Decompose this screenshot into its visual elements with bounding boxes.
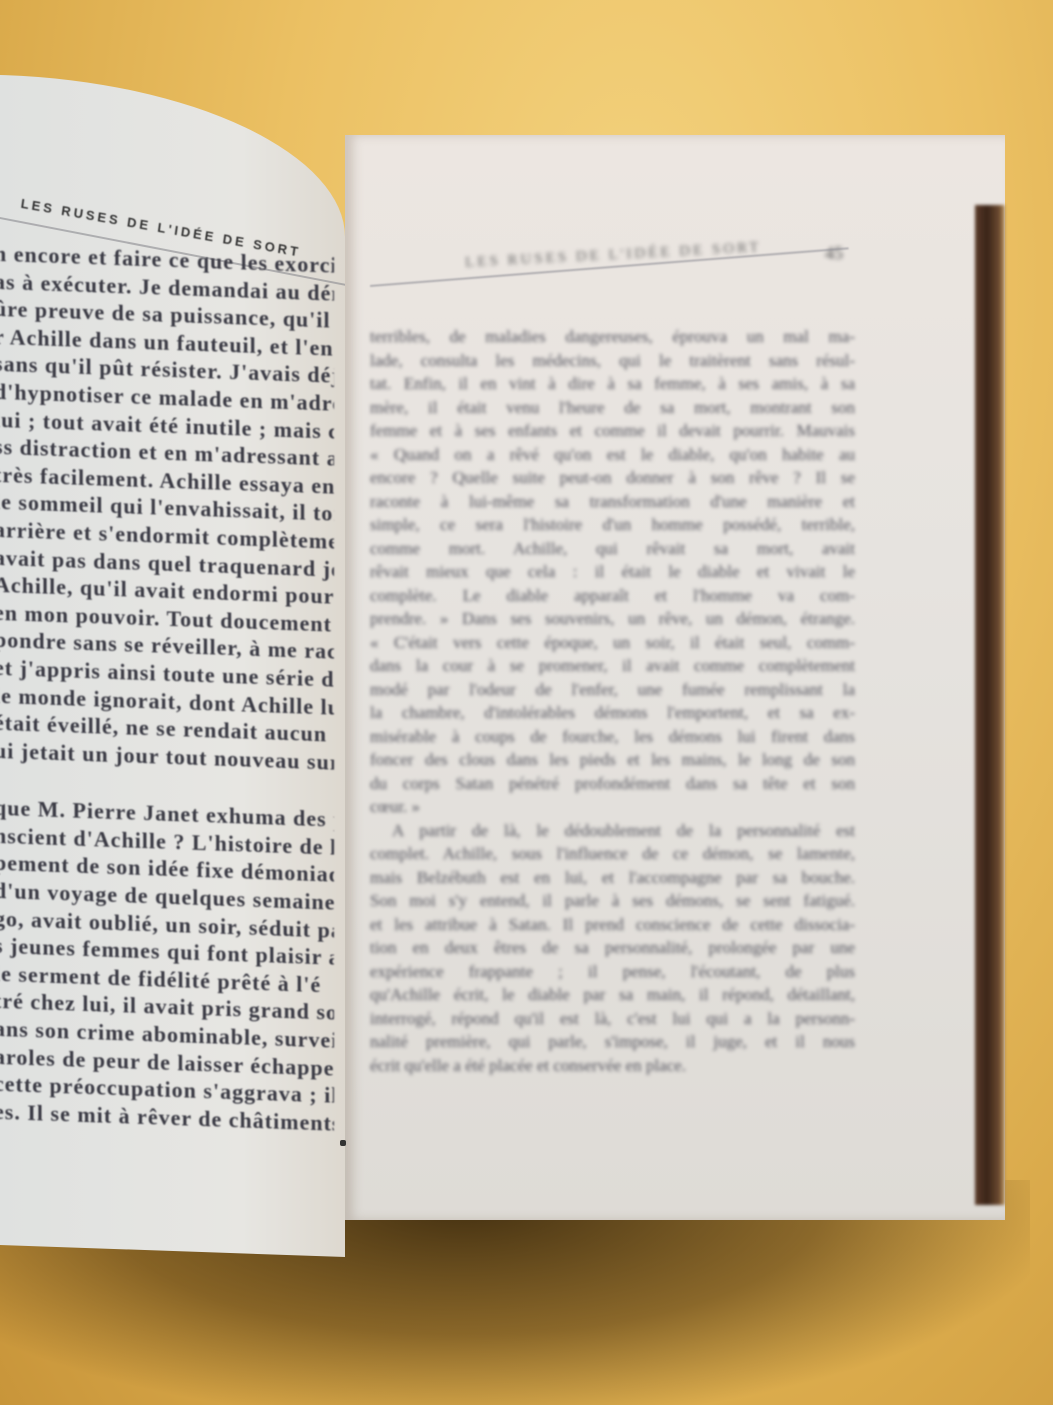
text-line: modé par l'odeur de l'enfer, une fumée r… <box>370 678 855 702</box>
left-page: LES RUSES DE L'IDÉE DE SORT n encore et … <box>0 75 345 1257</box>
text-line: complet. Achille, sous l'influence de ce… <box>370 842 855 866</box>
text-line: « C'était vers cette époque, un soir, il… <box>370 631 855 655</box>
text-line: encore ? Quelle suite peut-on donner à s… <box>370 466 855 490</box>
text-line: qu'Achille écrit, le diable par sa main,… <box>370 983 855 1007</box>
text-line: dans la cour à se promener, il avait com… <box>370 654 855 678</box>
text-line: prendre. » Dans ses souvenirs, un rêve, … <box>370 607 855 631</box>
text-line: comme mort. Achille, qui rêvait sa mort,… <box>370 537 855 561</box>
text-line: misérable à coups de fourche, les démons… <box>370 725 855 749</box>
text-line: terribles, de maladies dangereuses, épro… <box>370 325 855 349</box>
text-line: femme et à ses enfants et comme il devai… <box>370 419 855 443</box>
text-line: rêvait mieux que cela : il était le diab… <box>370 560 855 584</box>
text-line: nalité première, qui parle, s'impose, il… <box>370 1030 855 1054</box>
gutter-mark <box>340 1140 346 1146</box>
text-line: tion en deux êtres de sa personnalité, p… <box>370 936 855 960</box>
text-line: expérience frappante ; il pense, l'écout… <box>370 960 855 984</box>
right-page-text: terribles, de maladies dangereuses, épro… <box>370 325 850 1077</box>
text-line: mère, il était venu l'heure de sa mort, … <box>370 396 855 420</box>
text-line: la chambre, d'intolérables démons l'empo… <box>370 701 855 725</box>
text-line: cœur. » <box>370 795 855 819</box>
text-line: interrogé, répond qu'il est là, c'est lu… <box>370 1007 855 1031</box>
text-line: « Quand on a rêvé qu'on est le diable, q… <box>370 443 855 467</box>
text-line: lade, consulta les médecins, qui le trai… <box>370 349 855 373</box>
text-line: et les attribue à Satan. Il prend consci… <box>370 913 855 937</box>
text-line: Son moi s'y entend, il parle à ses démon… <box>370 889 855 913</box>
text-line: écrit qu'elle a été placée et conservée … <box>370 1054 855 1078</box>
text-line: foncer des clous dans les pieds et les m… <box>370 748 855 772</box>
book-cover-edge <box>975 205 1005 1205</box>
text-line: tat. Enfin, il en vint à dire à sa femme… <box>370 372 855 396</box>
page-number: 45 <box>825 243 843 264</box>
left-page-text: n encore et faire ce que les exorcistesa… <box>0 240 339 1137</box>
text-line: complète. Le diable apparaît et l'homme … <box>370 584 855 608</box>
text-line: du corps Satan pénétré profondément dans… <box>370 772 855 796</box>
text-line: simple, ce sera l'histoire d'un homme po… <box>370 513 855 537</box>
text-line: raconte à lui-même sa transformation d'u… <box>370 490 855 514</box>
text-line: A partir de là, le dédoublement de la pe… <box>370 819 855 843</box>
right-page: LES RUSES DE L'IDÉE DE SORT 45 terribles… <box>345 135 1005 1220</box>
text-line: mais Belzébuth est en lui, et l'accompag… <box>370 866 855 890</box>
